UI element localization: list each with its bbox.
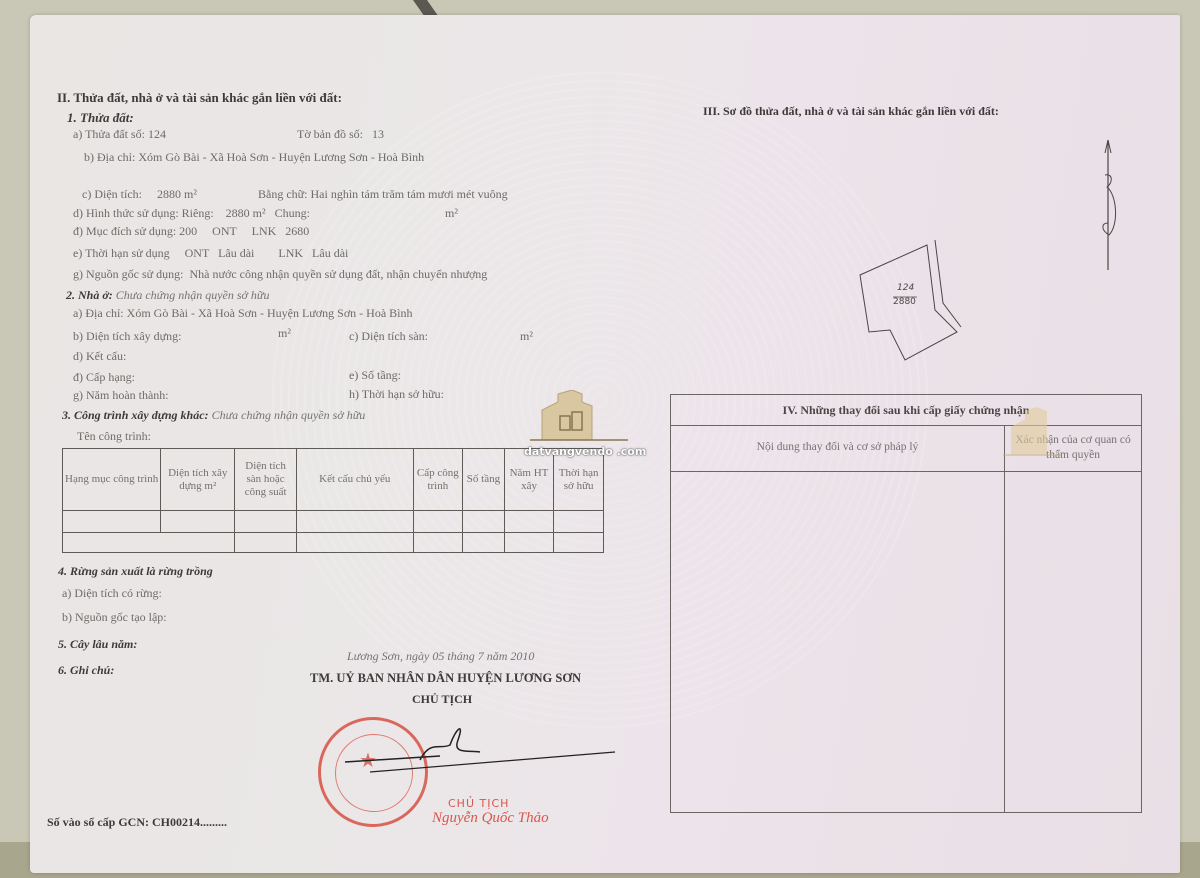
house-address-label: a) Địa chỉ: bbox=[73, 306, 124, 320]
registry-value: CH00214......... bbox=[152, 815, 227, 829]
table-row bbox=[63, 511, 604, 533]
authority-name: TM. UỶ BAN NHÂN DÂN HUYỆN LƯƠNG SƠN bbox=[310, 671, 581, 686]
map-sheet-field: Tờ bản đồ số: 13 bbox=[297, 127, 384, 142]
house-address-field: a) Địa chỉ: Xóm Gò Bài - Xã Hoà Sơn - Hu… bbox=[73, 306, 413, 321]
build-area-label: b) Diện tích xây dựng: bbox=[73, 329, 181, 344]
house-heading-line: 2. Nhà ở: Chưa chứng nhận quyền sở hữu bbox=[66, 288, 269, 303]
building-logo-icon bbox=[1003, 405, 1063, 457]
use-form-private: 2880 m² bbox=[226, 206, 266, 220]
house-address-value: Xóm Gò Bài - Xã Hoà Sơn - Huyện Lương Sơ… bbox=[127, 306, 413, 320]
purpose-label: đ) Mục đích sử dụng: bbox=[73, 224, 176, 238]
col-header: Diện tích sàn hoặc công suất bbox=[235, 449, 297, 511]
section-4-heading: IV. Những thay đổi sau khi cấp giấy chứn… bbox=[671, 395, 1141, 426]
notes-heading: 6. Ghi chú: bbox=[58, 663, 114, 678]
map-sheet-label: Tờ bản đồ số: bbox=[297, 127, 363, 141]
other-works-table: Hạng mục công trình Diện tích xây dựng m… bbox=[62, 448, 604, 553]
use-form-shared-label: Chung: bbox=[275, 206, 310, 220]
col-header: Cấp công trình bbox=[413, 449, 463, 511]
work-name-label: Tên công trình: bbox=[77, 429, 151, 444]
changes-table: IV. Những thay đổi sau khi cấp giấy chứn… bbox=[670, 394, 1142, 813]
area-words-field: Bằng chữ: Hai nghìn tám trăm tám mươi mé… bbox=[258, 187, 508, 202]
stamp-title: CHỦ TỊCH bbox=[448, 797, 509, 810]
section-2-heading: II. Thửa đất, nhà ở và tài sản khác gắn … bbox=[57, 90, 342, 106]
north-arrow-icon bbox=[1095, 135, 1125, 275]
structure-label: d) Kết cấu: bbox=[73, 349, 126, 364]
build-area-unit: m² bbox=[278, 326, 291, 341]
area-words-value: Hai nghìn tám trăm tám mươi mét vuông bbox=[311, 187, 508, 201]
col-header: Số tầng bbox=[463, 449, 505, 511]
parcel-number: 124 bbox=[148, 127, 166, 141]
land-address-value: Xóm Gò Bài - Xã Hoà Sơn - Huyện Lương Sơ… bbox=[138, 150, 424, 164]
floor-area-unit: m² bbox=[520, 329, 533, 344]
col-header: Diện tích xây dựng m² bbox=[161, 449, 235, 511]
forest-origin-label: b) Nguồn gốc tạo lập: bbox=[62, 610, 167, 625]
signature-icon bbox=[340, 720, 620, 780]
land-heading: 1. Thửa đất: bbox=[67, 110, 134, 126]
purpose-field: đ) Mục đích sử dụng: 200 ONT LNK 2680 bbox=[73, 224, 309, 239]
term-value: ONT Lâu dài LNK Lâu dài bbox=[185, 246, 349, 260]
forest-area-label: a) Diện tích có rừng: bbox=[62, 586, 162, 601]
origin-value: Nhà nước công nhận quyền sử dụng đất, nh… bbox=[190, 267, 488, 281]
signer-title: CHỦ TỊCH bbox=[412, 692, 472, 707]
land-address-field: b) Địa chỉ: Xóm Gò Bài - Xã Hoà Sơn - Hu… bbox=[84, 150, 424, 165]
parcel-number-label: 124 bbox=[897, 283, 914, 293]
parcel-field: a) Thửa đất số: 124 bbox=[73, 127, 166, 142]
floor-area-label: c) Diện tích sàn: bbox=[349, 329, 428, 344]
purpose-value: 200 ONT LNK 2680 bbox=[179, 224, 309, 238]
origin-label: g) Nguồn gốc sử dụng: bbox=[73, 267, 184, 281]
parcel-area-label: 2880 bbox=[893, 297, 916, 307]
map-sheet-number: 13 bbox=[372, 127, 384, 141]
column-divider bbox=[1004, 426, 1005, 812]
perennial-heading: 5. Cây lâu năm: bbox=[58, 637, 137, 652]
house-heading: 2. Nhà ở: bbox=[66, 288, 113, 302]
use-form-shared: m² bbox=[445, 206, 458, 221]
place-date: Lương Sơn, ngày 05 tháng 7 năm 2010 bbox=[347, 649, 534, 664]
ownership-term-label: h) Thời hạn sở hữu: bbox=[349, 387, 444, 402]
other-works-heading-line: 3. Công trình xây dựng khác: Chưa chứng … bbox=[62, 408, 365, 423]
term-label: e) Thời hạn sử dụng bbox=[73, 246, 170, 260]
parcel-label: a) Thửa đất số: bbox=[73, 127, 145, 141]
registry-label: Số vào sổ cấp GCN: bbox=[47, 815, 149, 829]
registry-field: Số vào sổ cấp GCN: CH00214......... bbox=[47, 815, 227, 830]
changes-col-content: Nội dung thay đổi và cơ sở pháp lý bbox=[671, 441, 1004, 453]
area-field: c) Diện tích: 2880 m² bbox=[82, 187, 197, 202]
table-header-row: Hạng mục công trình Diện tích xây dựng m… bbox=[63, 449, 604, 511]
use-form-label: d) Hình thức sử dụng: Riêng: bbox=[73, 206, 214, 220]
building-logo-icon bbox=[530, 390, 630, 442]
land-address-label: b) Địa chỉ: bbox=[84, 150, 135, 164]
area-label: c) Diện tích: bbox=[82, 187, 142, 201]
other-works-status: Chưa chứng nhận quyền sở hữu bbox=[212, 408, 366, 422]
col-header: Kết cấu chủ yếu bbox=[297, 449, 414, 511]
floors-label: e) Số tầng: bbox=[349, 368, 401, 383]
col-header: Hạng mục công trình bbox=[63, 449, 161, 511]
area-words-label: Bằng chữ: bbox=[258, 187, 308, 201]
other-works-heading: 3. Công trình xây dựng khác: bbox=[62, 408, 209, 422]
signer-name: Nguyễn Quốc Thảo bbox=[432, 810, 549, 827]
use-form-field: d) Hình thức sử dụng: Riêng: 2880 m² Chu… bbox=[73, 206, 310, 221]
term-field: e) Thời hạn sử dụng ONT Lâu dài LNK Lâu … bbox=[73, 246, 348, 261]
completed-label: g) Năm hoàn thành: bbox=[73, 388, 169, 403]
section-3-heading: III. Sơ đồ thửa đất, nhà ở và tài sản kh… bbox=[703, 104, 999, 119]
forest-heading: 4. Rừng sản xuất là rừng trồng bbox=[58, 564, 213, 579]
table-row bbox=[63, 533, 604, 553]
area-value: 2880 m² bbox=[157, 187, 197, 201]
house-status: Chưa chứng nhận quyền sở hữu bbox=[116, 288, 270, 302]
watermark-text: datvangvendo .com bbox=[524, 445, 646, 458]
origin-field: g) Nguồn gốc sử dụng: Nhà nước công nhận… bbox=[73, 267, 487, 282]
grade-label: đ) Cấp hạng: bbox=[73, 370, 135, 385]
watermark-logo-secondary bbox=[1003, 405, 1063, 462]
watermark-logo bbox=[530, 390, 630, 447]
